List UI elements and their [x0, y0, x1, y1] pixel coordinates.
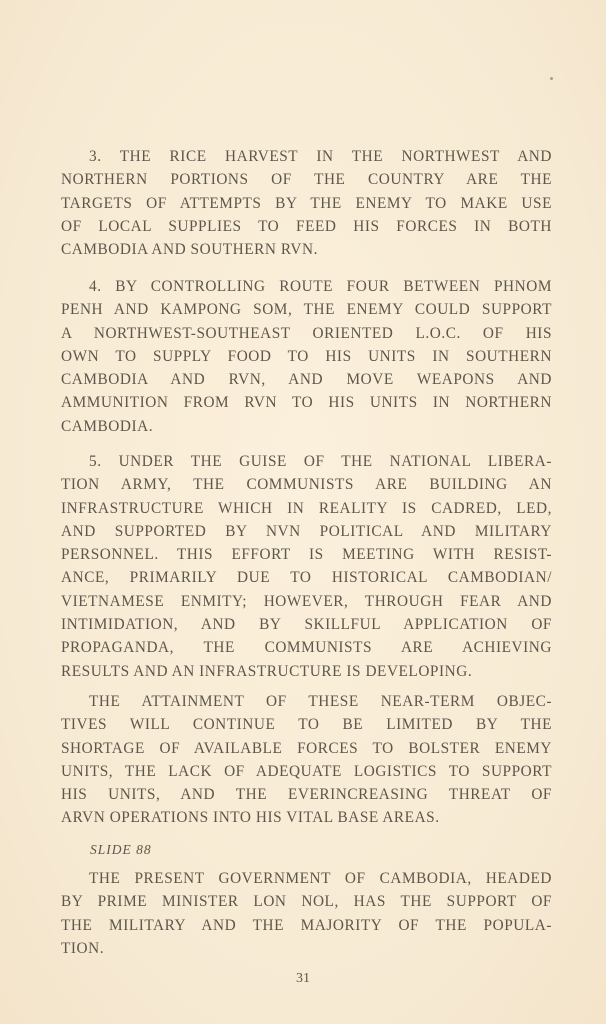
paragraph-attainment: THE ATTAINMENT OF THESE NEAR-TERM OBJEC-…	[61, 690, 552, 830]
text-line: TARGETS OF ATTEMPTS BY THE ENEMY TO MAKE…	[61, 192, 552, 215]
text-line: NORTHERN PORTIONS OF THE COUNTRY ARE THE	[61, 168, 552, 191]
paragraph-3: 3. THE RICE HARVEST IN THE NORTHWEST AND…	[61, 145, 552, 261]
text-line: TIVES WILL CONTINUE TO BE LIMITED BY THE	[61, 713, 552, 736]
text-line: AMMUNITION FROM RVN TO HIS UNITS IN NORT…	[61, 391, 552, 414]
slide-label: SLIDE 88	[90, 842, 152, 858]
text-line: THE ATTAINMENT OF THESE NEAR-TERM OBJEC-	[61, 690, 552, 713]
text-line: OWN TO SUPPLY FOOD TO HIS UNITS IN SOUTH…	[61, 345, 552, 368]
text-line: RESULTS AND AN INFRASTRUCTURE IS DEVELOP…	[61, 660, 552, 683]
text-line: THE PRESENT GOVERNMENT OF CAMBODIA, HEAD…	[61, 867, 552, 890]
text-line: PENH AND KAMPONG SOM, THE ENEMY COULD SU…	[61, 298, 552, 321]
text-line: THE MILITARY AND THE MAJORITY OF THE POP…	[61, 914, 552, 937]
text-line: 3. THE RICE HARVEST IN THE NORTHWEST AND	[61, 145, 552, 168]
text-line: PERSONNEL. THIS EFFORT IS MEETING WITH R…	[61, 543, 552, 566]
text-line: ANCE, PRIMARILY DUE TO HISTORICAL CAMBOD…	[61, 566, 552, 589]
text-line: 5. UNDER THE GUISE OF THE NATIONAL LIBER…	[61, 450, 552, 473]
text-line: TION ARMY, THE COMMUNISTS ARE BUILDING A…	[61, 473, 552, 496]
text-line: CAMBODIA AND SOUTHERN RVN.	[61, 238, 552, 261]
text-line: PROPAGANDA, THE COMMUNISTS ARE ACHIEVING	[61, 636, 552, 659]
text-line: CAMBODIA.	[61, 415, 552, 438]
paper-speck	[550, 77, 553, 80]
text-line: TION.	[61, 937, 552, 960]
paragraph-4: 4. BY CONTROLLING ROUTE FOUR BETWEEN PHN…	[61, 275, 552, 438]
text-line: A NORTHWEST-SOUTHEAST ORIENTED L.O.C. OF…	[61, 322, 552, 345]
text-line: AND SUPPORTED BY NVN POLITICAL AND MILIT…	[61, 520, 552, 543]
page-number: 31	[0, 971, 606, 987]
text-line: OF LOCAL SUPPLIES TO FEED HIS FORCES IN …	[61, 215, 552, 238]
text-line: BY PRIME MINISTER LON NOL, HAS THE SUPPO…	[61, 890, 552, 913]
text-line: CAMBODIA AND RVN, AND MOVE WEAPONS AND	[61, 368, 552, 391]
paragraph-5: 5. UNDER THE GUISE OF THE NATIONAL LIBER…	[61, 450, 552, 683]
text-line: UNITS, THE LACK OF ADEQUATE LOGISTICS TO…	[61, 760, 552, 783]
text-line: ARVN OPERATIONS INTO HIS VITAL BASE AREA…	[61, 806, 552, 829]
text-line: SHORTAGE OF AVAILABLE FORCES TO BOLSTER …	[61, 737, 552, 760]
text-line: INFRASTRUCTURE WHICH IN REALITY IS CADRE…	[61, 497, 552, 520]
text-line: HIS UNITS, AND THE EVERINCREASING THREAT…	[61, 783, 552, 806]
text-line: 4. BY CONTROLLING ROUTE FOUR BETWEEN PHN…	[61, 275, 552, 298]
paragraph-government: THE PRESENT GOVERNMENT OF CAMBODIA, HEAD…	[61, 867, 552, 960]
document-page: 3. THE RICE HARVEST IN THE NORTHWEST AND…	[0, 0, 606, 1024]
text-line: VIETNAMESE ENMITY; HOWEVER, THROUGH FEAR…	[61, 590, 552, 613]
text-line: INTIMIDATION, AND BY SKILLFUL APPLICATIO…	[61, 613, 552, 636]
